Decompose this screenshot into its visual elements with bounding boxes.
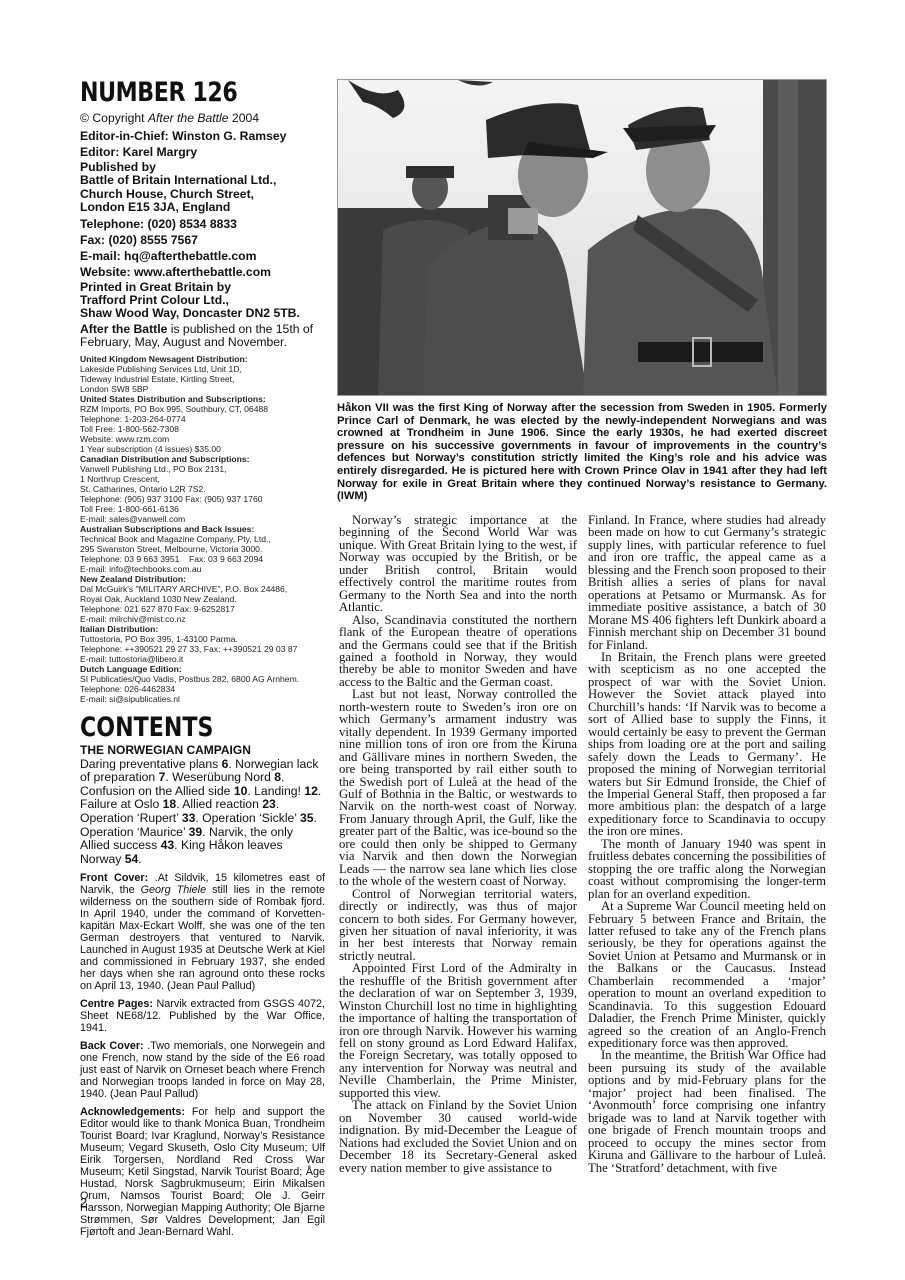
distribution-canada: Canadian Distribution and Subscriptions:… <box>80 454 325 524</box>
distribution-uk: United Kingdom Newsagent Distribution: L… <box>80 354 325 394</box>
article-paragraph: Norway’s strategic importance at the beg… <box>339 514 577 614</box>
distribution-new-zealand: New Zealand Distribution: Dal McGuirk's … <box>80 574 325 624</box>
article-paragraph: The month of January 1940 was spent in f… <box>588 838 826 900</box>
telephone: Telephone: (020) 8534 8833 <box>80 217 325 231</box>
photo-illustration-icon <box>338 80 827 396</box>
contents-section-title: THE NORWEGIAN CAMPAIGN <box>80 744 325 758</box>
editor: Editor: Karel Margry <box>80 145 325 159</box>
article-paragraph: Also, Scandinavia constituted the northe… <box>339 614 577 689</box>
fax: Fax: (020) 8555 7567 <box>80 233 325 247</box>
contents-heading: CONTENTS <box>80 714 281 742</box>
article-paragraph: Appointed First Lord of the Admiralty in… <box>339 962 577 1099</box>
back-cover-note: Back Cover: .Two memorials, one Norwegei… <box>80 1040 325 1100</box>
centre-pages-note: Centre Pages: Narvik extracted from GSGS… <box>80 998 325 1034</box>
article-column-2: Finland. In France, where studies had al… <box>588 514 826 1174</box>
editor-in-chief: Editor-in-Chief: Winston G. Ramsey <box>80 129 325 143</box>
magazine-page: NUMBER 126 © Copyright After the Battle … <box>0 0 905 1280</box>
article-paragraph: At a Supreme War Council meeting held on… <box>588 900 826 1049</box>
acknowledgements-note: Acknowledgements: For help and support t… <box>80 1106 325 1238</box>
website-link[interactable]: Website: www.afterthebattle.com <box>80 265 325 279</box>
article-paragraph: Last but not least, Norway controlled th… <box>339 688 577 887</box>
article-paragraph: In Britain, the French plans were greete… <box>588 651 826 838</box>
copyright-line: © Copyright After the Battle 2004 <box>80 111 325 126</box>
article-paragraph: Finland. In France, where studies had al… <box>588 514 826 651</box>
page-number: 2 <box>80 1195 87 1210</box>
article-paragraph: The attack on Finland by the Soviet Unio… <box>339 1099 577 1174</box>
printer-address: Printed in Great Britain by Trafford Pri… <box>80 281 325 321</box>
distribution-dutch: Dutch Language Edition: SI Publicaties/Q… <box>80 664 325 704</box>
issue-number: NUMBER 126 <box>80 78 281 108</box>
historical-photo <box>337 79 827 396</box>
front-cover-note: Front Cover: .At Sildvik, 15 kilometres … <box>80 872 325 992</box>
publisher-address: Published by Battle of Britain Internati… <box>80 161 325 215</box>
distribution-us: United States Distribution and Subscript… <box>80 394 325 454</box>
distribution-list: United Kingdom Newsagent Distribution: L… <box>80 354 325 704</box>
distribution-italy: Italian Distribution: Tuttostoria, PO Bo… <box>80 624 325 664</box>
photo-caption: Håkon VII was the first King of Norway a… <box>337 402 827 503</box>
contents-list: Daring preventative plans 6. Norwegian l… <box>80 758 325 867</box>
article-paragraph: Control of Norwegian territorial waters,… <box>339 888 577 963</box>
masthead-column: NUMBER 126 © Copyright After the Battle … <box>80 78 325 1238</box>
article-paragraph: In the meantime, the British War Office … <box>588 1049 826 1174</box>
distribution-australia: Australian Subscriptions and Back Issues… <box>80 524 325 574</box>
article-column-1: Norway’s strategic importance at the beg… <box>339 514 577 1174</box>
publication-schedule: After the Battle is published on the 15t… <box>80 323 325 350</box>
email-link[interactable]: E-mail: hq@afterthebattle.com <box>80 249 325 263</box>
